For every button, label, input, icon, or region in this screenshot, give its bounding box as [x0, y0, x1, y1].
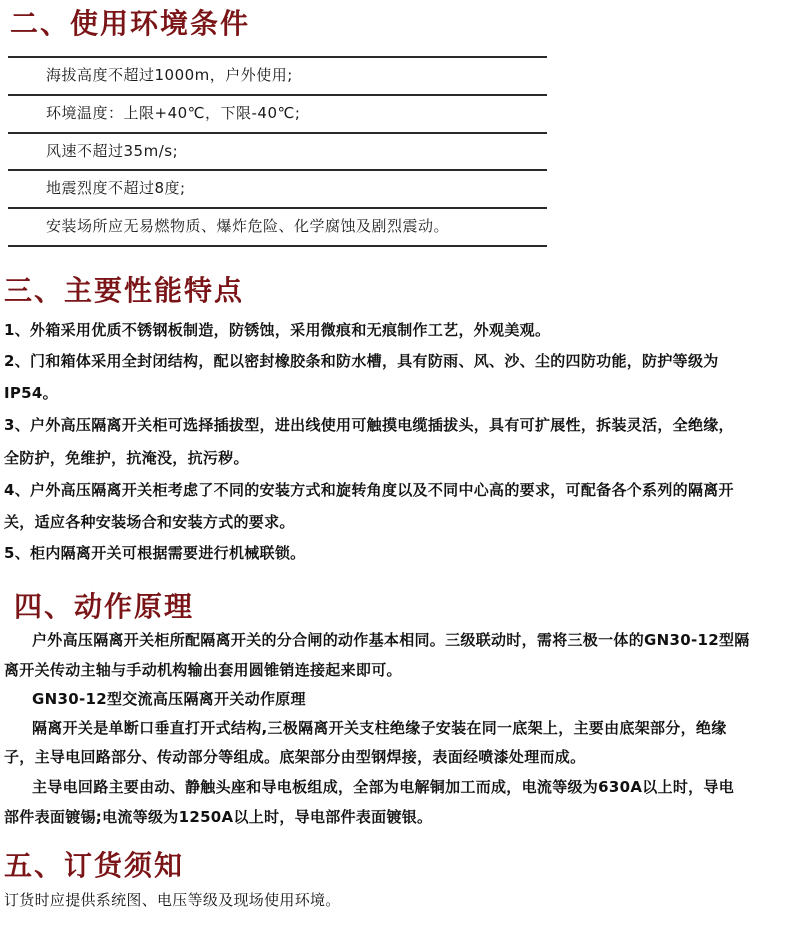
table-rule	[8, 207, 547, 209]
table-rule	[8, 132, 547, 134]
table-rule	[8, 245, 547, 247]
table-row: 海拔高度不超过1000m，户外使用;	[46, 68, 293, 83]
feature-line: 关，适应各种安装场合和安装方式的要求。	[4, 515, 295, 530]
feature-line: 2、门和箱体采用全封闭结构，配以密封橡胶条和防水槽，具有防雨、风、沙、尘的四防功…	[4, 354, 719, 369]
principle-line: 户外高压隔离开关柜所配隔离开关的分合闸的动作基本相同。三级联动时，需将三极一体的…	[32, 633, 750, 648]
principle-line: 隔离开关是单断口垂直打开式结构,三极隔离开关支柱绝缘子安装在同一底架上，主要由底…	[32, 721, 727, 736]
table-row: 风速不超过35m/s;	[46, 144, 178, 159]
section-heading-principle: 四、动作原理	[14, 593, 194, 621]
ordering-text: 订货时应提供系统图、电压等级及现场使用环境。	[4, 893, 341, 908]
principle-line: 子，主导电回路部分、传动部分等组成。底架部分由型钢焊接，表面经喷漆处理而成。	[4, 750, 585, 765]
feature-line: 4、户外高压隔离开关柜考虑了不同的安装方式和旋转角度以及不同中心高的要求，可配备…	[4, 483, 734, 498]
feature-line: 1、外箱采用优质不锈钢板制造，防锈蚀，采用微痕和无痕制作工艺，外观美观。	[4, 323, 550, 338]
table-rule	[8, 56, 547, 58]
feature-line: 5、柜内隔离开关可根据需要进行机械联锁。	[4, 546, 305, 561]
section-heading-ordering: 五、订货须知	[4, 852, 184, 880]
table-rule	[8, 169, 547, 171]
table-row: 环境温度：上限+40℃，下限-40℃;	[46, 106, 300, 121]
section-heading-features: 三、主要性能特点	[4, 277, 244, 305]
feature-line: 3、户外高压隔离开关柜可选择插拔型，进出线使用可触摸电缆插拔头，具有可扩展性，拆…	[4, 418, 734, 433]
principle-subheading: GN30-12型交流高压隔离开关动作原理	[32, 692, 306, 707]
principle-line: 主导电回路主要由动、静触头座和导电板组成，全部为电解铜加工而成，电流等级为630…	[32, 780, 734, 795]
feature-line: 全防护，免维护，抗淹没，抗污秽。	[4, 451, 249, 466]
table-row: 地震烈度不超过8度;	[46, 181, 186, 196]
table-row: 安装场所应无易燃物质、爆炸危险、化学腐蚀及剧烈震动。	[46, 219, 449, 234]
principle-line: 离开关传动主轴与手动机构输出套用圆锥销连接起来即可。	[4, 663, 402, 678]
section-heading-environment: 二、使用环境条件	[10, 10, 250, 38]
table-rule	[8, 94, 547, 96]
principle-line: 部件表面镀锡;电流等级为1250A以上时，导电部件表面镀银。	[4, 810, 432, 825]
feature-line: IP54。	[4, 386, 58, 401]
